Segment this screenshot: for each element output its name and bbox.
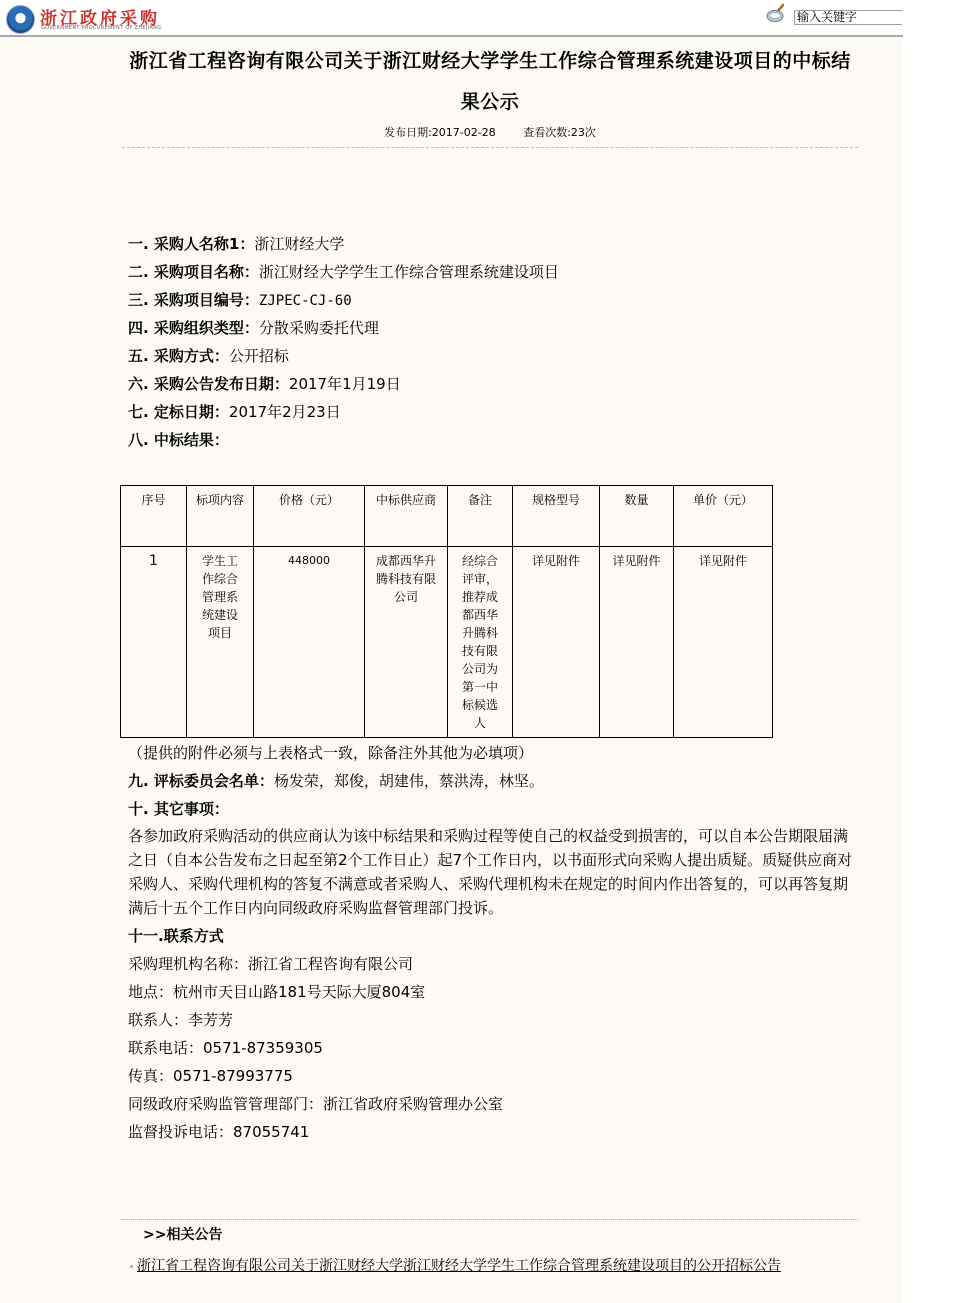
contact-fax: 传真：0571-87993775 — [128, 1064, 503, 1092]
emblem-icon — [6, 5, 35, 34]
article-meta: 发布日期:2017-02-28 查看次数:23次 — [120, 124, 860, 140]
site-header: 浙江政府采购 GOVERNMENT PROCUREMENT OF ZHEJIAN… — [0, 0, 903, 37]
contact-person: 联系人：李芳芳 — [128, 1008, 503, 1036]
cell-remark: 经综合评审，推荐成都西华升腾科技有限公司为第一中标候选人 — [448, 547, 513, 738]
item-value: 公开招标 — [229, 347, 289, 365]
contact-phone: 联系电话：0571-87359305 — [128, 1036, 503, 1064]
item-label: 三. 采购项目编号： — [128, 291, 259, 309]
item-value: 2017年1月19日 — [289, 375, 401, 393]
item-label: 一. 采购人名称1： — [128, 235, 254, 253]
item-label: 八. 中标结果： — [128, 431, 229, 449]
related-title: >>相关公告 — [143, 1224, 222, 1244]
item-value: 浙江财经大学学生工作综合管理系统建设项目 — [259, 263, 559, 281]
contact-address: 地点：杭州市天目山路181号天际大厦804室 — [128, 980, 503, 1008]
cell-spec: 详见附件 — [513, 547, 600, 738]
item-publish-date: 六. 采购公告发布日期：2017年1月19日 — [128, 372, 559, 400]
header-cell: 规格型号 — [513, 486, 600, 547]
bullet-icon — [130, 1265, 133, 1268]
table-header-row: 序号 标项内容 价格（元） 中标供应商 备注 规格型号 数量 单价（元） — [121, 486, 773, 547]
item-label: 五. 采购方式： — [128, 347, 229, 365]
related-link-item: 浙江省工程咨询有限公司关于浙江财经大学浙江财经大学学生工作综合管理系统建设项目的… — [130, 1255, 781, 1275]
cell-content: 学生工作综合管理系统建设项目 — [187, 547, 254, 738]
site-logo[interactable]: 浙江政府采购 GOVERNMENT PROCUREMENT OF ZHEJIAN… — [6, 4, 166, 34]
result-table: 序号 标项内容 价格（元） 中标供应商 备注 规格型号 数量 单价（元） 1 学… — [120, 485, 773, 738]
table-row: 1 学生工作综合管理系统建设项目 448000 成都西华升腾科技有限公司 经综合… — [121, 547, 773, 738]
publish-date: 发布日期:2017-02-28 — [384, 126, 496, 139]
divider — [122, 147, 858, 148]
cell-unit-price: 详见附件 — [674, 547, 773, 738]
header-cell: 备注 — [448, 486, 513, 547]
committee-members: 杨发荣，郑俊，胡建伟，蔡洪涛，林坚。 — [274, 772, 544, 790]
contact-complaint-phone: 监督投诉电话：87055741 — [128, 1120, 503, 1148]
logo-subtitle: GOVERNMENT PROCUREMENT OF ZHEJIANG — [41, 25, 161, 31]
item-label: 四. 采购组织类型： — [128, 319, 259, 337]
item-result: 八. 中标结果： — [128, 428, 559, 456]
item-value: ZJPEC-CJ-60 — [259, 293, 352, 309]
magnifier-icon[interactable] — [766, 3, 786, 23]
article-title: 浙江省工程咨询有限公司关于浙江财经大学学生工作综合管理系统建设项目的中标结果公示 — [120, 41, 860, 123]
item-label: 二. 采购项目名称： — [128, 263, 259, 281]
view-count: 查看次数:23次 — [523, 126, 596, 139]
header-cell: 数量 — [600, 486, 674, 547]
page-container: 浙江政府采购 GOVERNMENT PROCUREMENT OF ZHEJIAN… — [0, 0, 903, 1303]
item-project-name: 二. 采购项目名称：浙江财经大学学生工作综合管理系统建设项目 — [128, 260, 559, 288]
cell-supplier: 成都西华升腾科技有限公司 — [365, 547, 448, 738]
header-cell: 单价（元） — [674, 486, 773, 547]
header-cell: 序号 — [121, 486, 187, 547]
related-divider — [122, 1219, 858, 1220]
announcement-items: 一. 采购人名称1：浙江财经大学 二. 采购项目名称：浙江财经大学学生工作综合管… — [128, 232, 559, 456]
contact-heading: 十一.联系方式 — [128, 924, 503, 952]
contact-label: 十一.联系方式 — [128, 927, 224, 945]
item-value: 浙江财经大学 — [254, 235, 344, 253]
header-cell: 中标供应商 — [365, 486, 448, 547]
contact-section: 十一.联系方式 采购理机构名称：浙江省工程咨询有限公司 地点：杭州市天目山路18… — [128, 924, 503, 1148]
item-method: 五. 采购方式：公开招标 — [128, 344, 559, 372]
table-note: （提供的附件必须与上表格式一致，除备注外其他为必填项） — [128, 741, 533, 765]
search-input[interactable] — [794, 10, 902, 25]
item-label: 六. 采购公告发布日期： — [128, 375, 289, 393]
contact-supervisor: 同级政府采购监管管理部门：浙江省政府采购管理办公室 — [128, 1092, 503, 1120]
item-value: 2017年2月23日 — [229, 403, 341, 421]
committee-label: 九. 评标委员会名单： — [128, 772, 274, 790]
item-label: 七. 定标日期： — [128, 403, 229, 421]
other-text: 各参加政府采购活动的供应商认为该中标结果和采购过程等使自己的权益受到损害的，可以… — [128, 824, 853, 920]
cell-index: 1 — [121, 547, 187, 738]
item-value: 分散采购委托代理 — [259, 319, 379, 337]
other-section-heading: 十. 其它事项： — [128, 797, 229, 821]
item-project-number: 三. 采购项目编号：ZJPEC-CJ-60 — [128, 288, 559, 316]
item-purchaser: 一. 采购人名称1：浙江财经大学 — [128, 232, 559, 260]
other-label: 十. 其它事项： — [128, 800, 229, 818]
item-org-type: 四. 采购组织类型：分散采购委托代理 — [128, 316, 559, 344]
committee-section: 九. 评标委员会名单：杨发荣，郑俊，胡建伟，蔡洪涛，林坚。 — [128, 769, 544, 793]
header-cell: 价格（元） — [254, 486, 365, 547]
contact-agency: 采购理机构名称：浙江省工程咨询有限公司 — [128, 952, 503, 980]
item-award-date: 七. 定标日期：2017年2月23日 — [128, 400, 559, 428]
header-cell: 标项内容 — [187, 486, 254, 547]
cell-quantity: 详见附件 — [600, 547, 674, 738]
related-link[interactable]: 浙江省工程咨询有限公司关于浙江财经大学浙江财经大学学生工作综合管理系统建设项目的… — [137, 1258, 781, 1274]
cell-price: 448000 — [254, 547, 365, 738]
